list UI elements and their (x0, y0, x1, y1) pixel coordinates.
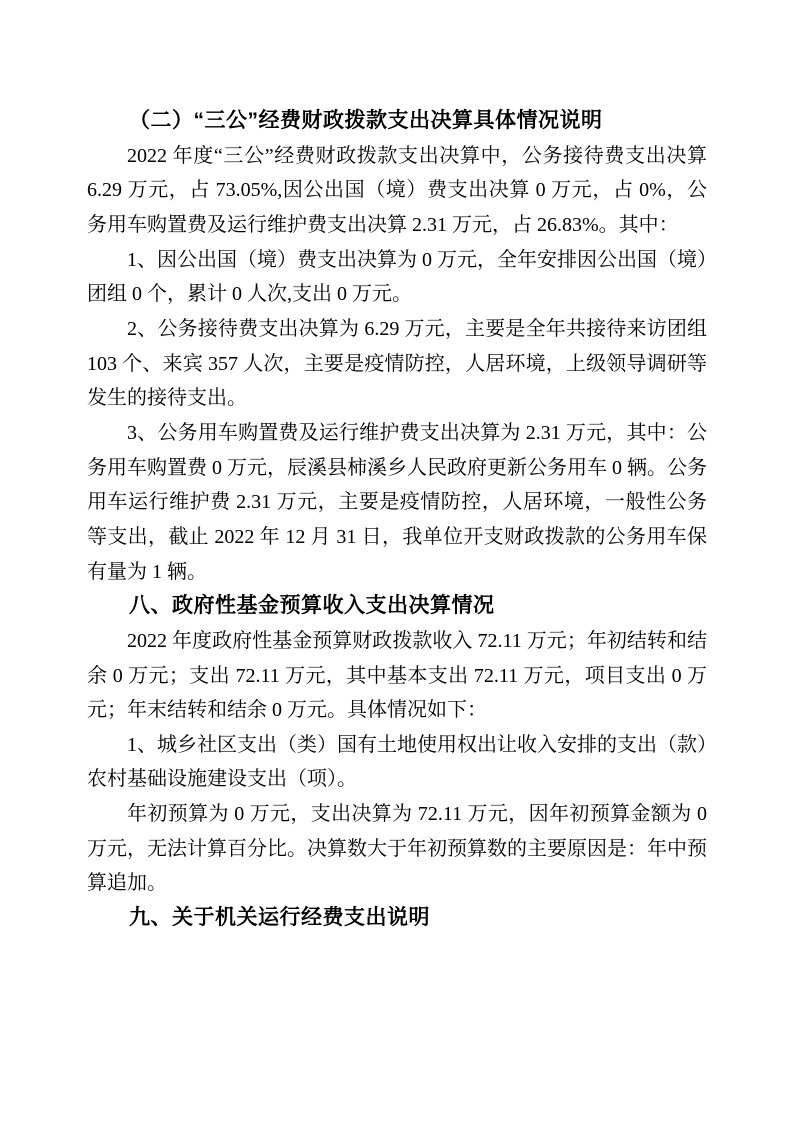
document-page: （二）“三公”经费财政拨款支出决算具体情况说明 2022 年度“三公”经费财政拨… (0, 0, 793, 1122)
paragraph-gov-fund-summary: 2022 年度政府性基金预算财政拨款收入 72.11 万元；年初结转和结余 0 … (87, 624, 707, 728)
section-heading-sangong-detail: （二）“三公”经费财政拨款支出决算具体情况说明 (87, 104, 707, 139)
paragraph-gov-fund-item-1-community: 1、城乡社区支出（类）国有土地使用权出让收入安排的支出（款）农村基础设施建设支出… (87, 728, 707, 797)
section-heading-gov-fund-budget: 八、政府性基金预算收入支出决算情况 (87, 589, 707, 624)
paragraph-item-3-vehicle-expense: 3、公务用车购置费及运行维护费支出决算为 2.31 万元，其中：公务用车购置费 … (87, 416, 707, 589)
paragraph-sangong-summary: 2022 年度“三公”经费财政拨款支出决算中，公务接待费支出决算 6.29 万元… (87, 139, 707, 243)
paragraph-item-1-abroad-expense: 1、因公出国（境）费支出决算为 0 万元，全年安排因公出国（境）团组 0 个，累… (87, 243, 707, 312)
document-content: （二）“三公”经费财政拨款支出决算具体情况说明 2022 年度“三公”经费财政拨… (87, 104, 707, 936)
paragraph-item-2-reception-expense: 2、公务接待费支出决算为 6.29 万元，主要是全年共接待来访团组 103 个、… (87, 312, 707, 416)
paragraph-gov-fund-budget-compare: 年初预算为 0 万元，支出决算为 72.11 万元，因年初预算金额为 0 万元，… (87, 797, 707, 901)
section-heading-operating-expense: 九、关于机关运行经费支出说明 (87, 901, 707, 936)
